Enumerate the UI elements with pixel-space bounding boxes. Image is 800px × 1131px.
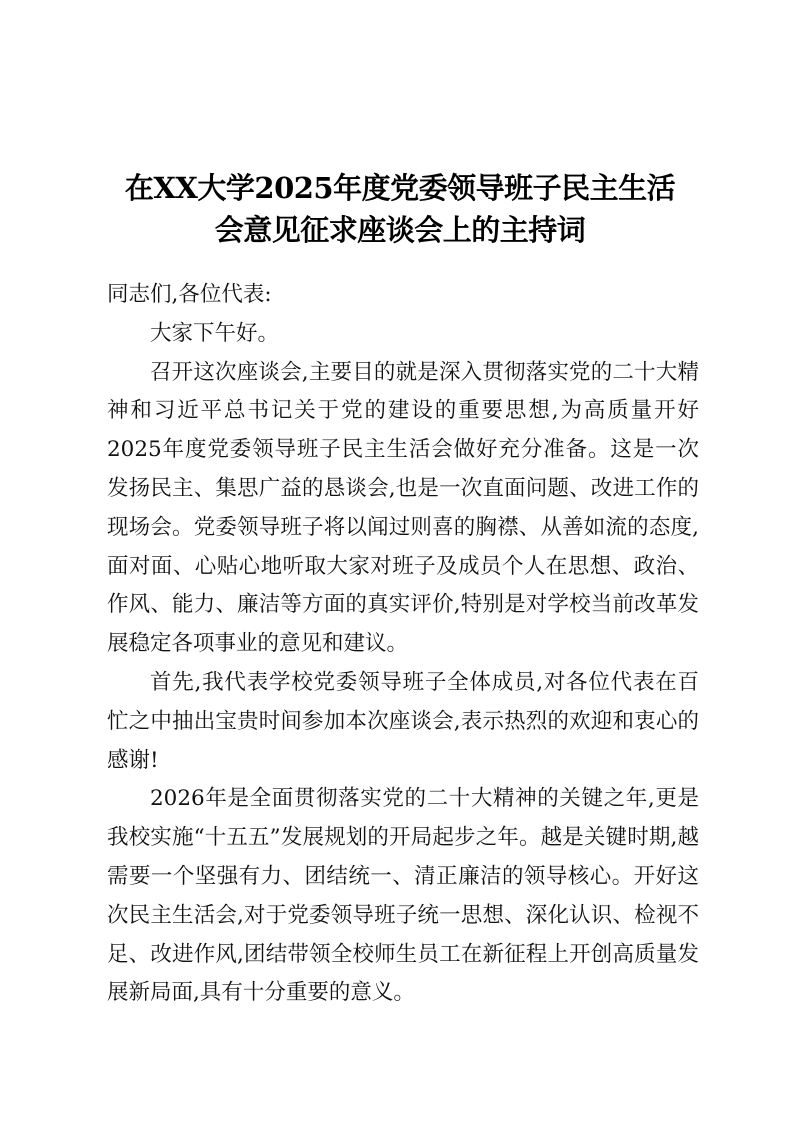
paragraph-significance: 2026年是全面贯彻落实党的二十大精神的关键之年,更是我校实施“十五五”发展规划… bbox=[107, 780, 699, 1013]
salutation: 同志们,各位代表: bbox=[107, 276, 699, 315]
paragraph-thanks: 首先,我代表学校党委领导班子全体成员,对各位代表在百忙之中抽出宝贵时间参加本次座… bbox=[107, 664, 699, 780]
document-title: 在XX大学2025年度党委领导班子民主生活 会意见征求座谈会上的主持词 bbox=[100, 167, 700, 251]
title-line-2: 会意见征求座谈会上的主持词 bbox=[100, 209, 700, 251]
document-body: 同志们,各位代表: 大家下午好。 召开这次座谈会,主要目的就是深入贯彻落实党的二… bbox=[107, 276, 699, 1013]
document-page: 在XX大学2025年度党委领导班子民主生活 会意见征求座谈会上的主持词 同志们,… bbox=[0, 0, 800, 1131]
title-line-1: 在XX大学2025年度党委领导班子民主生活 bbox=[100, 167, 700, 209]
paragraph-purpose: 召开这次座谈会,主要目的就是深入贯彻落实党的二十大精神和习近平总书记关于党的建设… bbox=[107, 354, 699, 664]
paragraph-greeting: 大家下午好。 bbox=[107, 315, 699, 354]
